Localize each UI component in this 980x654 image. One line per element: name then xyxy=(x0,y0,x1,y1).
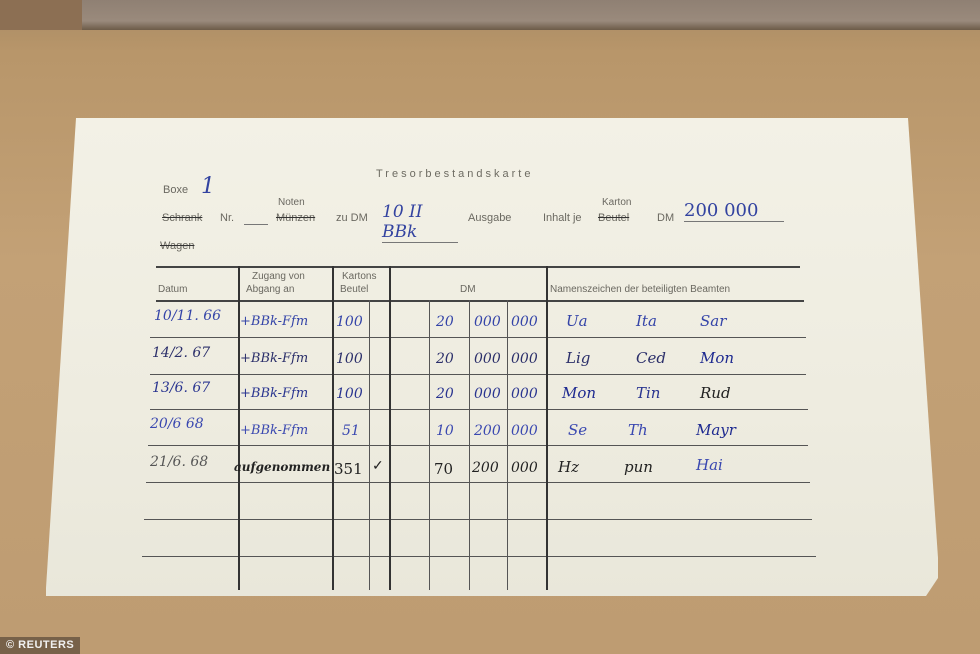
row4-signature-3: Mayr xyxy=(696,421,736,439)
header-bottom-rule xyxy=(156,300,804,302)
nr-label: Nr. xyxy=(220,212,234,224)
row4-zugang: +BBk-Ffm xyxy=(240,423,308,438)
inhalt-value: 200 000 xyxy=(684,200,784,222)
row3-zugang: +BBk-Ffm xyxy=(240,386,308,401)
column-rule xyxy=(332,266,334,590)
column-rule xyxy=(507,300,508,590)
table-top-rule xyxy=(156,266,800,268)
boxe-label: Boxe xyxy=(163,184,188,196)
header-abgang: Abgang an xyxy=(246,284,294,296)
row2-signature-2: Ced xyxy=(636,349,666,367)
column-rule xyxy=(546,266,548,590)
row-rule xyxy=(144,519,812,520)
row5-datum: 21/6. 68 xyxy=(150,454,208,470)
row1-zugang: +BBk-Ffm xyxy=(240,314,308,329)
header-namen: Namenszeichen der beteiligten Beamten xyxy=(550,284,730,296)
row5-signature-3: Hai xyxy=(696,456,723,474)
row2-signature-1: Lig xyxy=(566,349,590,367)
row5-kartons: 351 xyxy=(334,460,363,478)
row1-datum: 10/11. 66 xyxy=(154,308,221,324)
header-beutel: Beutel xyxy=(340,284,368,296)
row4-dm-thousands: 200 xyxy=(474,423,501,439)
row-rule xyxy=(148,445,808,446)
row5-signature-1: Hz xyxy=(558,458,579,476)
header-dm: DM xyxy=(460,284,476,296)
row-rule xyxy=(142,556,816,557)
row1-dm-units: 000 xyxy=(511,314,538,330)
row3-dm-millions: 20 xyxy=(436,386,454,402)
row-rule xyxy=(150,409,808,410)
row3-signature-2: Tin xyxy=(636,384,660,402)
row5-signature-2: pun xyxy=(624,458,653,476)
reuters-watermark: © REUTERS xyxy=(0,637,80,654)
row5-dm-thousands: 200 xyxy=(472,460,499,476)
column-rule xyxy=(369,300,370,590)
schrank-label: Schrank xyxy=(162,212,202,224)
vault-inventory-card: Tresorbestandskarte Boxe 1 Noten Schrank… xyxy=(46,118,938,596)
zu-dm-label: zu DM xyxy=(336,212,368,224)
row5-zugang: aufgenommen xyxy=(234,460,330,474)
row1-kartons: 100 xyxy=(336,314,363,330)
row5-check-mark: ✓ xyxy=(372,458,384,474)
header-zugang: Zugang von xyxy=(252,271,305,283)
row3-dm-thousands: 000 xyxy=(474,386,501,402)
row5-dm-millions: 70 xyxy=(434,460,453,478)
background-shelf-edge xyxy=(0,0,82,30)
row1-dm-thousands: 000 xyxy=(474,314,501,330)
row2-signature-3: Mon xyxy=(700,349,734,367)
row2-kartons: 100 xyxy=(336,351,363,367)
row4-kartons: 51 xyxy=(342,423,360,439)
background-shelf xyxy=(0,0,980,30)
row2-datum: 14/2. 67 xyxy=(152,345,210,361)
inhalt-label: Inhalt je xyxy=(543,212,582,224)
row1-signature-3: Sar xyxy=(700,312,726,330)
zu-dm-value: 10 II BBk xyxy=(382,202,458,243)
row1-signature-1: Ua xyxy=(566,312,588,330)
column-rule xyxy=(469,300,470,590)
row-rule xyxy=(150,374,806,375)
row4-signature-1: Se xyxy=(568,421,587,439)
row3-datum: 13/6. 67 xyxy=(152,380,210,396)
muenzen-label: Münzen xyxy=(276,212,315,224)
row2-zugang: +BBk-Ffm xyxy=(240,351,308,366)
column-rule xyxy=(429,300,430,590)
dm-label: DM xyxy=(657,212,674,224)
beutel-label: Beutel xyxy=(598,212,629,224)
header-kartons: Kartons xyxy=(342,271,376,283)
card-title: Tresorbestandskarte xyxy=(376,168,533,180)
row-rule xyxy=(146,482,810,483)
row2-dm-thousands: 000 xyxy=(474,351,501,367)
wagen-label: Wagen xyxy=(160,240,194,252)
row4-dm-millions: 10 xyxy=(436,423,454,439)
row2-dm-millions: 20 xyxy=(436,351,454,367)
row1-dm-millions: 20 xyxy=(436,314,454,330)
header-datum: Datum xyxy=(158,284,187,296)
row1-signature-2: Ita xyxy=(636,312,657,330)
karton-label: Karton xyxy=(602,197,631,208)
row5-dm-units: 000 xyxy=(511,460,538,476)
row3-kartons: 100 xyxy=(336,386,363,402)
row3-signature-3: Rud xyxy=(700,384,731,402)
noten-label: Noten xyxy=(278,197,305,208)
row3-signature-1: Mon xyxy=(562,384,596,402)
row4-datum: 20/6 68 xyxy=(150,416,204,432)
row3-dm-units: 000 xyxy=(511,386,538,402)
row2-dm-units: 000 xyxy=(511,351,538,367)
column-rule xyxy=(389,266,391,590)
nr-blank xyxy=(244,212,268,225)
row-rule xyxy=(150,337,806,338)
boxe-value: 1 xyxy=(201,174,215,199)
ausgabe-label: Ausgabe xyxy=(468,212,511,224)
row4-dm-units: 000 xyxy=(511,423,538,439)
row4-signature-2: Th xyxy=(628,421,648,439)
